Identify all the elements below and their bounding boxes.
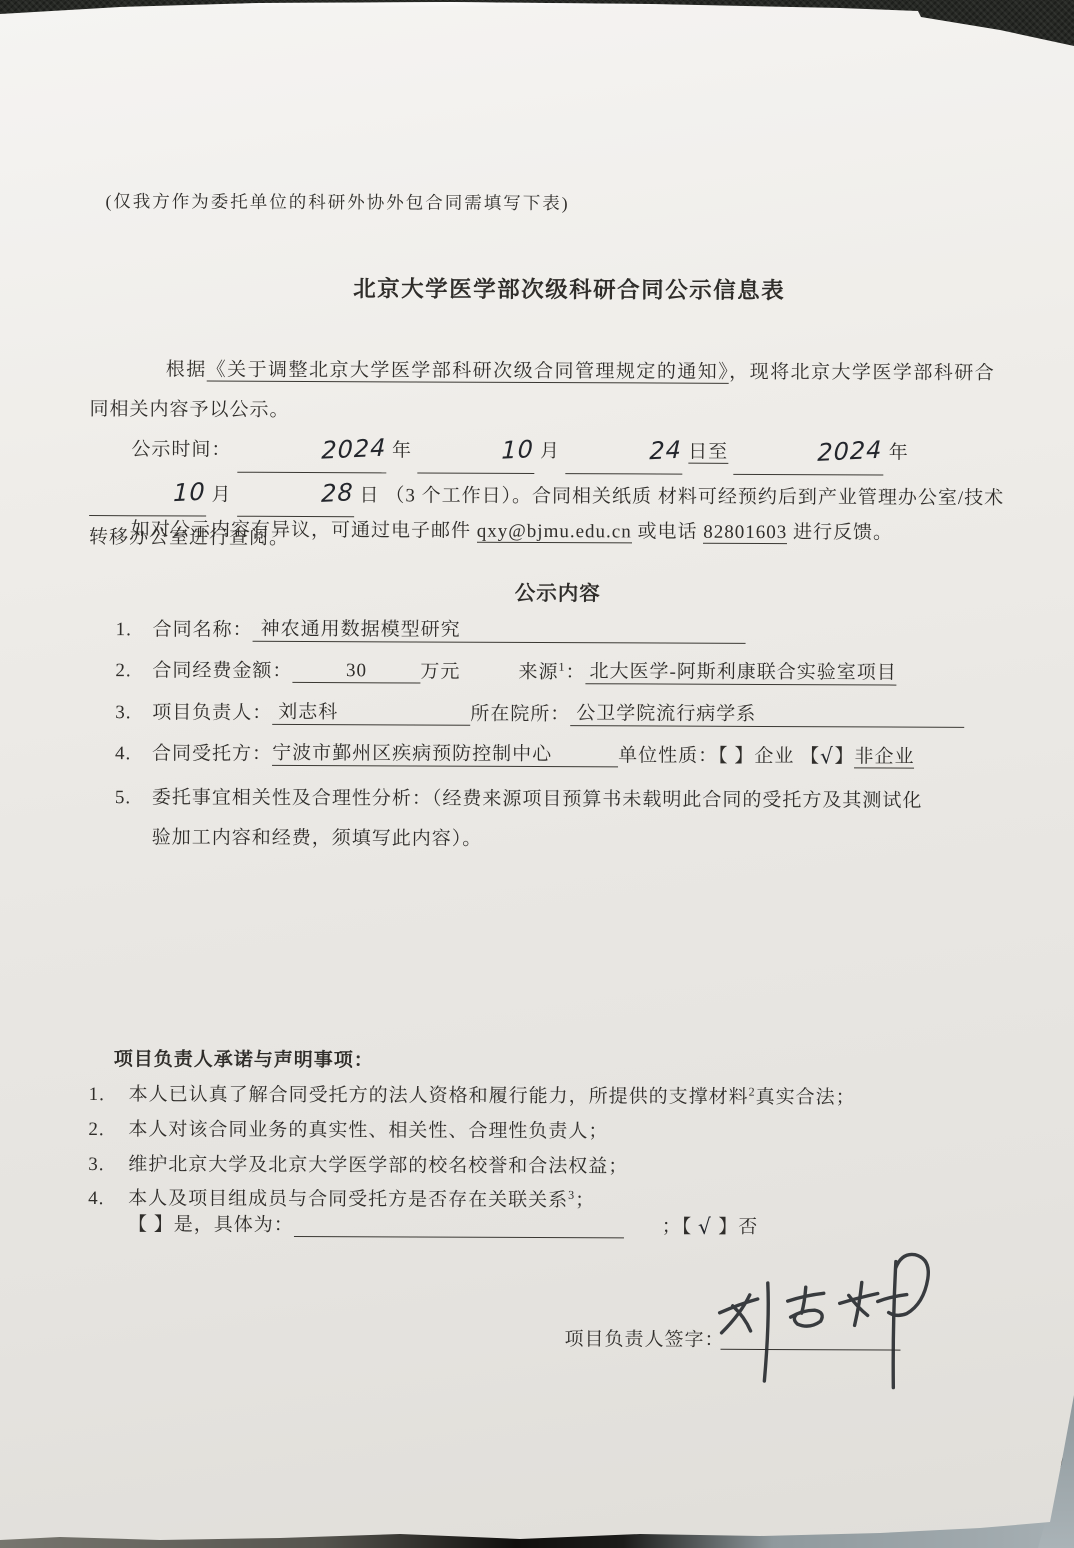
- intro-paragraph: 根据《关于调整北京大学医学部科研次级合同管理规定的通知》，现将北京大学医学部科研…: [89, 350, 994, 434]
- checkbox-yes: 【 】: [128, 1214, 174, 1235]
- intro-prefix: 根据: [166, 359, 207, 380]
- commitment-heading: 项目负责人承诺与声明事项：: [114, 1044, 374, 1072]
- institute-value: 公卫学院流行病学系: [570, 698, 964, 728]
- yes-label: 是，具体为：: [174, 1214, 294, 1236]
- paper-sheet: (仅我方作为委托单位的科研外协外包合同需填写下表) 北京大学医学部次级科研合同公…: [0, 0, 1074, 1548]
- checkbox-enterprise: 【 】企业: [718, 746, 794, 767]
- month-unit-2: 月: [211, 485, 231, 506]
- checkbox-no: 【 √ 】否: [682, 1217, 759, 1238]
- contract-name-label: 合同名称：: [153, 619, 253, 640]
- feedback-prefix: 如对公示内容有异议，可通过电子邮件: [131, 519, 477, 542]
- commitment-item-4: 4.本人及项目组成员与合同受托方是否存在关联关系3；: [88, 1183, 595, 1212]
- start-year-handwritten: 2024: [279, 436, 386, 465]
- start-year-blank: 2024: [237, 429, 386, 474]
- month-unit: 月: [540, 441, 560, 462]
- start-month-handwritten: 10: [460, 437, 535, 465]
- signature-label: 项目负责人签字：: [564, 1324, 724, 1352]
- related-detail-blank: [294, 1236, 624, 1238]
- commitment-text: 本人及项目组成员与合同受托方是否存在关联关系: [128, 1188, 568, 1211]
- institute-label: 所在院所：: [470, 704, 570, 725]
- signature-handwriting: [709, 1249, 940, 1400]
- start-day-blank: 24: [566, 430, 683, 475]
- funding-source-label: 来源1：: [518, 662, 585, 683]
- contact-phone: 82801603: [703, 522, 787, 544]
- relevance-analysis-row: 5.委托事宜相关性及合理性分析：（经费来源项目预算书未载明此合同的受托方及其测试…: [115, 778, 1015, 862]
- feedback-line: 如对公示内容有异议，可通过电子邮件 qxy@bjmu.edu.cn 或电话 82…: [131, 514, 893, 544]
- end-day-handwritten: 28: [279, 480, 354, 508]
- project-leader-value: 刘志科: [272, 697, 470, 726]
- day-unit: 日: [360, 485, 380, 506]
- contract-amount-value: 30: [292, 660, 420, 684]
- item-number: 1.: [89, 1084, 129, 1106]
- item-number: 4.: [88, 1188, 128, 1210]
- contract-amount-row: 2.合同经费金额：30万元来源1：北大医学-阿斯利康联合实验室项目: [115, 654, 897, 685]
- form-title: 北京大学医学部次级科研合同公示信息表: [2, 270, 1074, 307]
- section-heading: 公示内容: [1, 574, 1074, 609]
- commitment-item-2: 2.本人对该合同业务的真实性、相关性、合理性负责人；: [88, 1114, 608, 1143]
- contract-name-value: 神农通用数据模型研究: [253, 614, 746, 644]
- feedback-middle: 或电话: [632, 521, 704, 542]
- relevance-analysis-text2: 验加工内容和经费，须填写此内容）。: [152, 827, 483, 849]
- project-leader-row: 3.项目负责人：刘志科所在院所：公卫学院流行病学系: [115, 696, 964, 728]
- non-enterprise-text: 非企业: [854, 746, 914, 768]
- end-month-handwritten: 10: [131, 480, 206, 508]
- commitment-text: 本人对该合同业务的真实性、相关性、合理性负责人；: [128, 1119, 608, 1142]
- commitment-item-1: 1.本人已认真了解合同受托方的法人资格和履行能力，所提供的支撑材料2真实合法；: [89, 1079, 856, 1109]
- check-mark: √: [819, 744, 835, 769]
- commitment-text-after: ；: [575, 1190, 595, 1211]
- contract-amount-label: 合同经费金额：: [152, 660, 292, 682]
- form-content: (仅我方作为委托单位的科研外协外包合同需填写下表) 北京大学医学部次级科研合同公…: [0, 0, 1074, 1548]
- end-year-handwritten: 2024: [776, 438, 883, 467]
- contractor-value: 宁波市鄞州区疾病预防控制中心: [272, 738, 618, 768]
- feedback-suffix: 进行反馈。: [787, 522, 893, 543]
- item-number: 2.: [88, 1119, 128, 1141]
- funding-source-value: 北大医学-阿斯利康联合实验室项目: [585, 656, 896, 685]
- commitment-text: 维护北京大学及北京大学医学部的校名校誉和合法权益；: [128, 1154, 628, 1177]
- document-photo: { "note": "(仅我方作为委托单位的科研外协外包合同需填写下表)", "…: [0, 0, 1074, 1548]
- item-number: 4.: [115, 743, 152, 765]
- contractor-row: 4.合同受托方：宁波市鄞州区疾病预防控制中心单位性质：【 】企业 【√】非企业: [115, 737, 915, 768]
- commitment-text: 本人已认真了解合同受托方的法人资格和履行能力，所提供的支撑材料: [129, 1084, 749, 1108]
- amount-unit: 万元: [420, 661, 460, 682]
- end-day-blank: 28: [237, 473, 354, 518]
- contract-name-row: 1.合同名称：神农通用数据模型研究: [116, 613, 746, 644]
- check-mark: √: [697, 1214, 713, 1239]
- start-month-blank: 10: [418, 429, 535, 474]
- publicity-period-label: 公示时间：: [131, 439, 231, 460]
- year-unit-2: 年: [889, 443, 909, 464]
- end-month-blank: 10: [89, 472, 206, 517]
- entity-type-label: 单位性质：: [618, 745, 718, 766]
- start-day-handwritten: 24: [608, 438, 683, 466]
- item-number: 3.: [115, 702, 152, 724]
- commitment-item-3: 3.维护北京大学及北京大学医学部的校名校誉和合法权益；: [88, 1149, 628, 1178]
- year-unit: 年: [392, 440, 412, 461]
- related-relationship-line: 【 】是，具体为：；【 √ 】否: [128, 1209, 758, 1239]
- semicolon: ；: [662, 1217, 682, 1238]
- form-note: (仅我方作为委托单位的科研外协外包合同需填写下表): [105, 188, 569, 215]
- commitment-text-after: 真实合法；: [756, 1087, 856, 1108]
- item-number: 3.: [88, 1154, 128, 1176]
- project-leader-label: 项目负责人：: [152, 702, 272, 724]
- relevance-analysis-label: 委托事宜相关性及合理性分析：: [152, 787, 432, 809]
- item-number: 5.: [115, 778, 152, 818]
- end-year-blank: 2024: [734, 431, 883, 476]
- regulation-document-title: 《关于调整北京大学医学部科研次级合同管理规定的通知》: [207, 360, 730, 384]
- day-to-unit: 日至: [688, 442, 728, 464]
- item-number: 1.: [116, 619, 153, 641]
- checkbox-non-enterprise: 【√】非企业: [800, 746, 915, 767]
- item-number: 2.: [115, 660, 152, 682]
- contact-email: qxy@bjmu.edu.cn: [477, 521, 632, 544]
- relevance-analysis-text1: （经费来源项目预算书未载明此合同的受托方及其测试化: [432, 789, 923, 812]
- contractor-label: 合同受托方：: [152, 743, 272, 765]
- publicity-period-tail: （3 个工作日）。合同相关纸质: [385, 485, 652, 507]
